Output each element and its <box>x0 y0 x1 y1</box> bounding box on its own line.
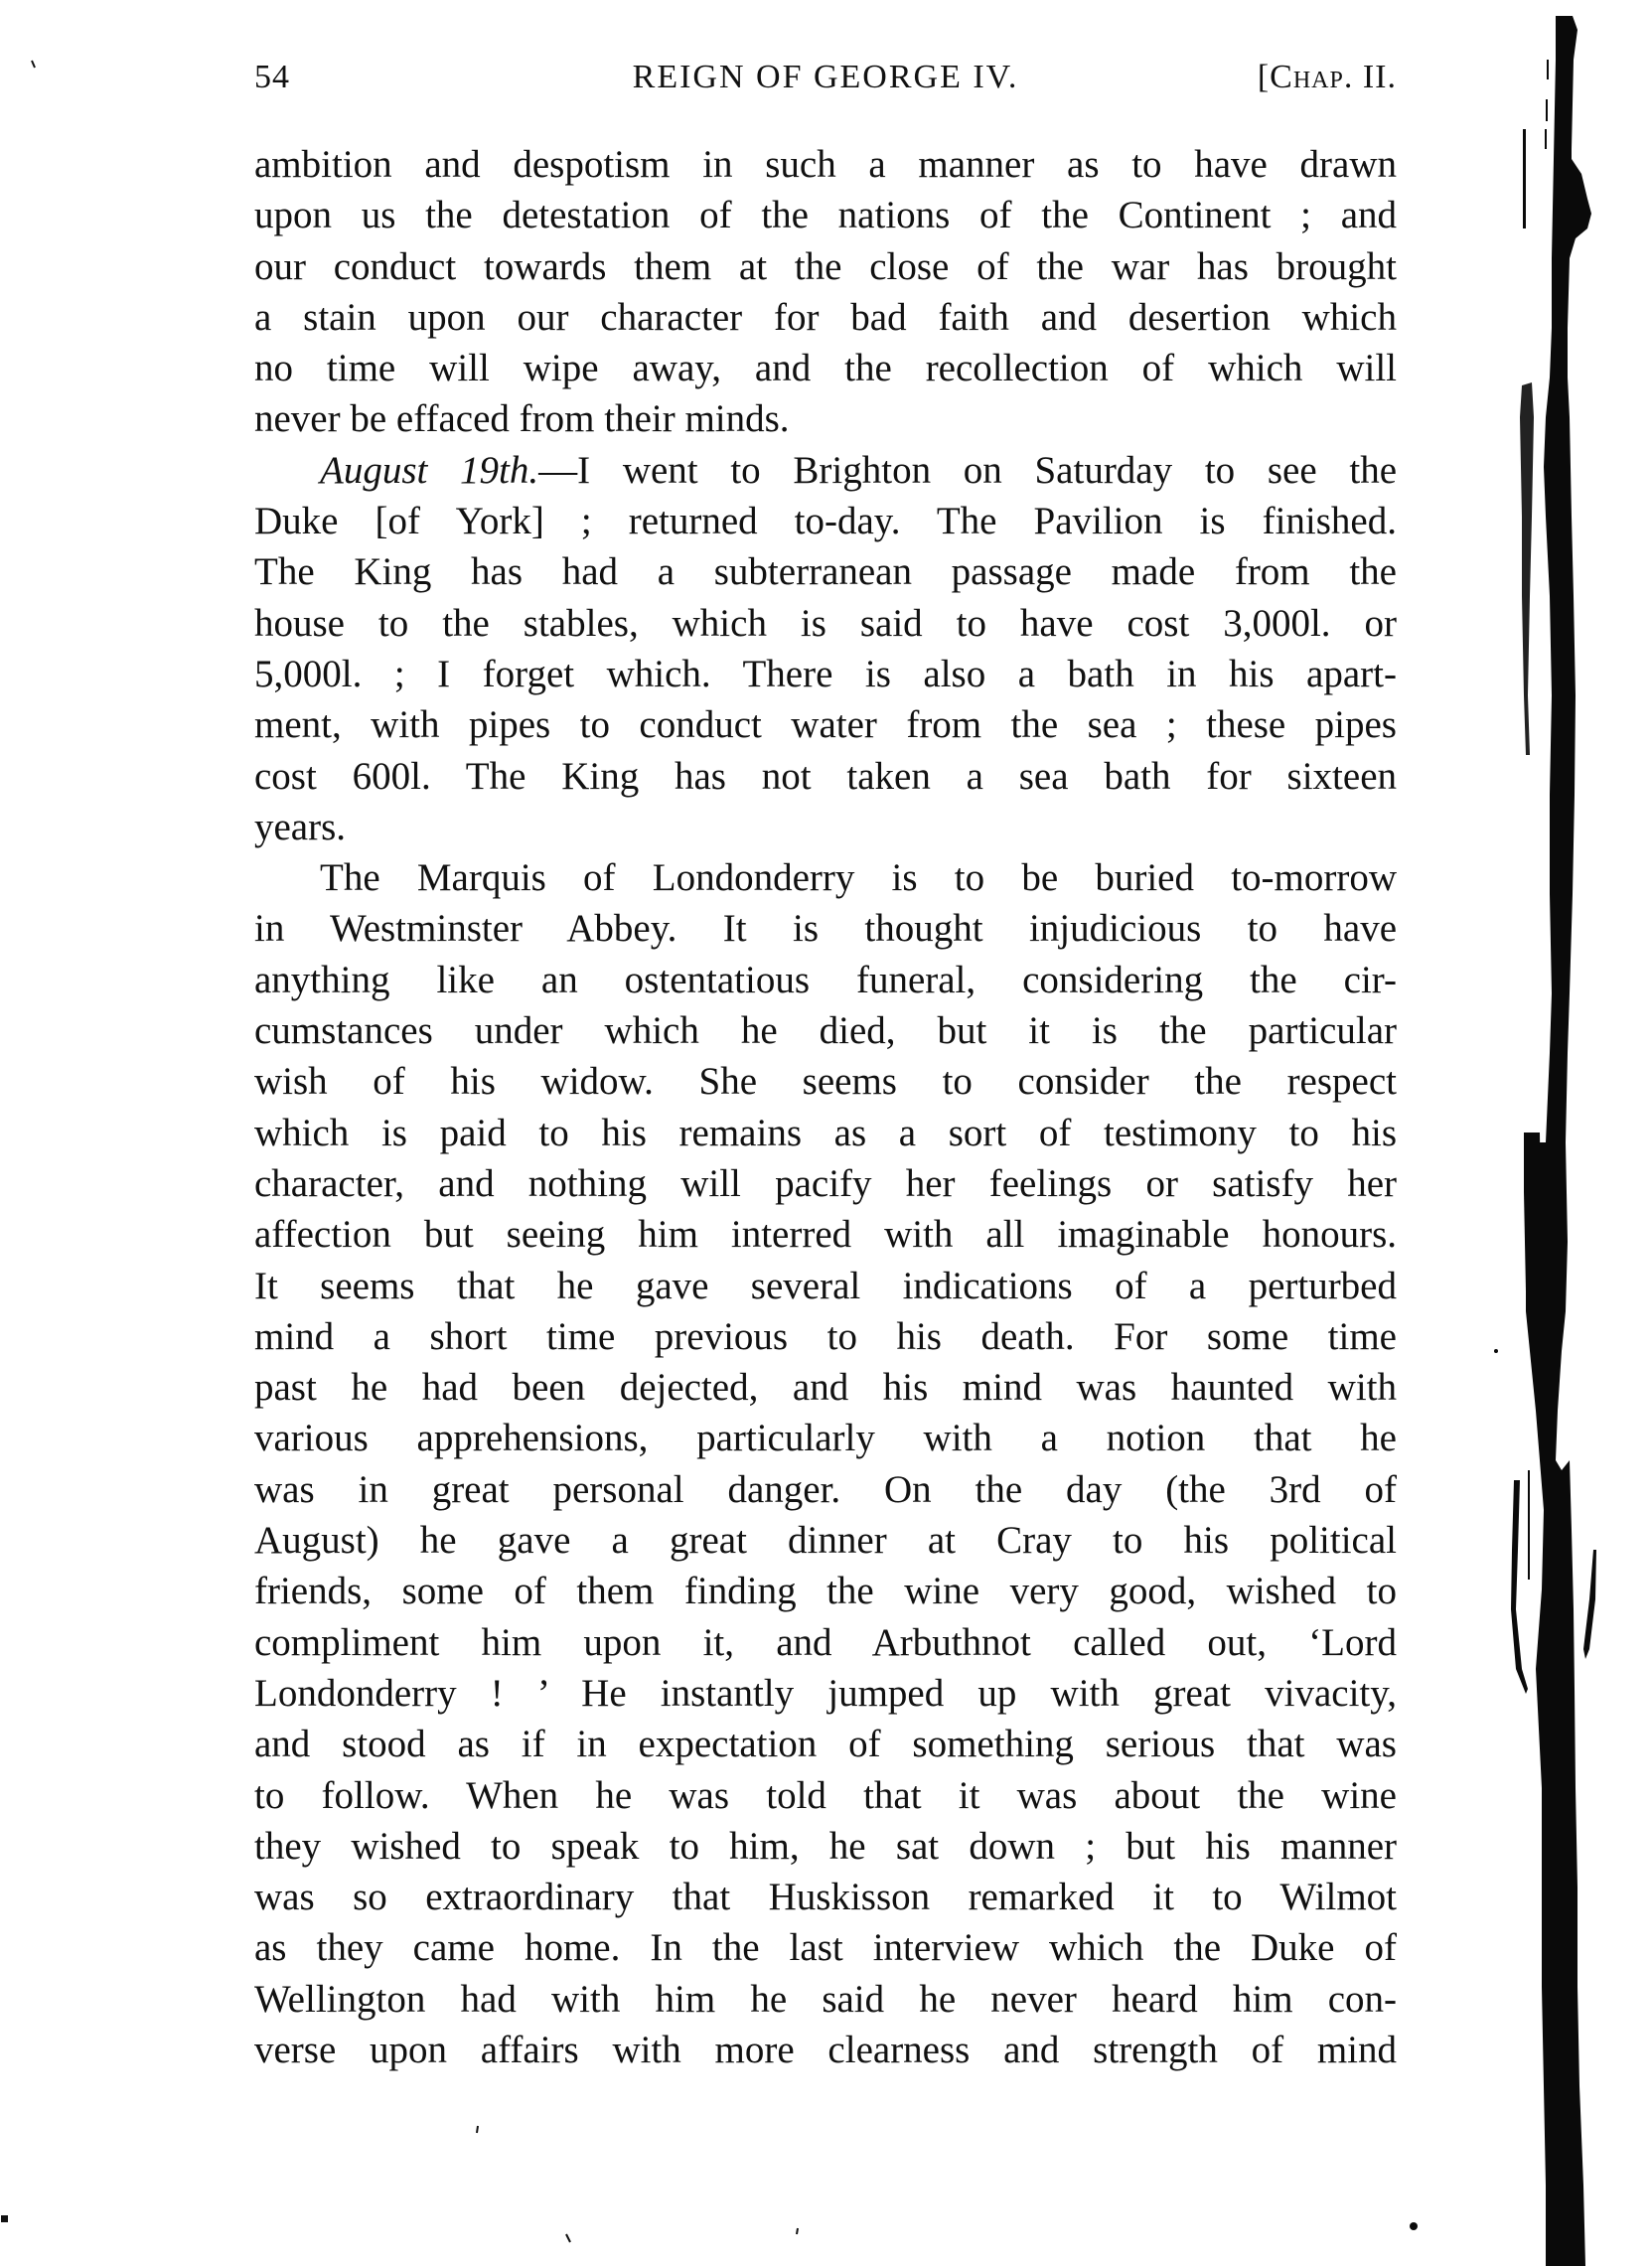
text-line: August 19th.—I went to Brighton on Satur… <box>254 445 1397 496</box>
text-line: ambition and despotism in such a manner … <box>254 139 1397 190</box>
text-line: cumstances under which he died, but it i… <box>254 1005 1397 1056</box>
text-line: past he had been dejected, and his mind … <box>254 1362 1397 1413</box>
paragraph-3: The Marquis of Londonderry is to be buri… <box>254 852 1397 2075</box>
text-line: as they came home. In the last interview… <box>254 1922 1397 1973</box>
text-line: verse upon affairs with more clearness a… <box>254 2025 1397 2075</box>
running-head: 54 REIGN OF GEORGE IV. [Chap. II. <box>254 56 1397 99</box>
text-line: in Westminster Abbey. It is thought inju… <box>254 903 1397 954</box>
text-line: Duke [of York] ; returned to-day. The Pa… <box>254 496 1397 546</box>
text-line: Wellington had with him he said he never… <box>254 1974 1397 2025</box>
text-line: a stain upon our character for bad faith… <box>254 292 1397 343</box>
text-line: compliment him upon it, and Arbuthnot ca… <box>254 1617 1397 1668</box>
text-line: various apprehensions, particularly with… <box>254 1413 1397 1463</box>
paragraph-2-diary-entry: August 19th.—I went to Brighton on Satur… <box>254 445 1397 852</box>
text-line: and stood as if in expectation of someth… <box>254 1719 1397 1769</box>
text-line: was so extraordinary that Huskisson rema… <box>254 1872 1397 1922</box>
text-line: ment, with pipes to conduct water from t… <box>254 699 1397 750</box>
text-line: 5,000l. ; I forget which. There is also … <box>254 649 1397 699</box>
text-line: friends, some of them finding the wine v… <box>254 1566 1397 1616</box>
text-line: cost 600l. The King has not taken a sea … <box>254 751 1397 802</box>
text-line: anything like an ostentatious funeral, c… <box>254 955 1397 1005</box>
text-line: It seems that he gave several indication… <box>254 1261 1397 1311</box>
text-line: to follow. When he was told that it was … <box>254 1770 1397 1821</box>
text-line: Londonderry ! ’ He instantly jumped up w… <box>254 1668 1397 1719</box>
text-line: affection but seeing him interred with a… <box>254 1209 1397 1260</box>
paragraph-1: ambition and despotism in such a manner … <box>254 139 1397 445</box>
text-line: The Marquis of Londonderry is to be buri… <box>254 852 1397 903</box>
text-line: years. <box>254 802 1397 852</box>
text-line: which is paid to his remains as a sort o… <box>254 1108 1397 1158</box>
chapter-reference: [Chap. II. <box>1258 56 1397 99</box>
text-line: upon us the detestation of the nations o… <box>254 190 1397 240</box>
text-line: was in great personal danger. On the day… <box>254 1464 1397 1515</box>
text-line: no time will wipe away, and the recollec… <box>254 343 1397 393</box>
text-line: wish of his widow. She seems to consider… <box>254 1056 1397 1107</box>
text-line: August) he gave a great dinner at Cray t… <box>254 1515 1397 1566</box>
text-line: The King has had a subterranean passage … <box>254 546 1397 597</box>
text-line: they wished to speak to him, he sat down… <box>254 1821 1397 1872</box>
text-line: never be effaced from their minds. <box>254 393 1397 444</box>
entry-text: —I went to Brighton on Saturday to see t… <box>538 449 1397 492</box>
text-line: our conduct towards them at the close of… <box>254 241 1397 292</box>
body-text: ambition and despotism in such a manner … <box>254 139 1397 2075</box>
entry-date: August 19th. <box>320 449 538 492</box>
book-page: 54 REIGN OF GEORGE IV. [Chap. II. ambiti… <box>0 0 1652 2266</box>
running-title: REIGN OF GEORGE IV. <box>254 56 1397 99</box>
text-line: character, and nothing will pacify her f… <box>254 1158 1397 1209</box>
text-line: house to the stables, which is said to h… <box>254 598 1397 649</box>
text-line: mind a short time previous to his death.… <box>254 1311 1397 1362</box>
